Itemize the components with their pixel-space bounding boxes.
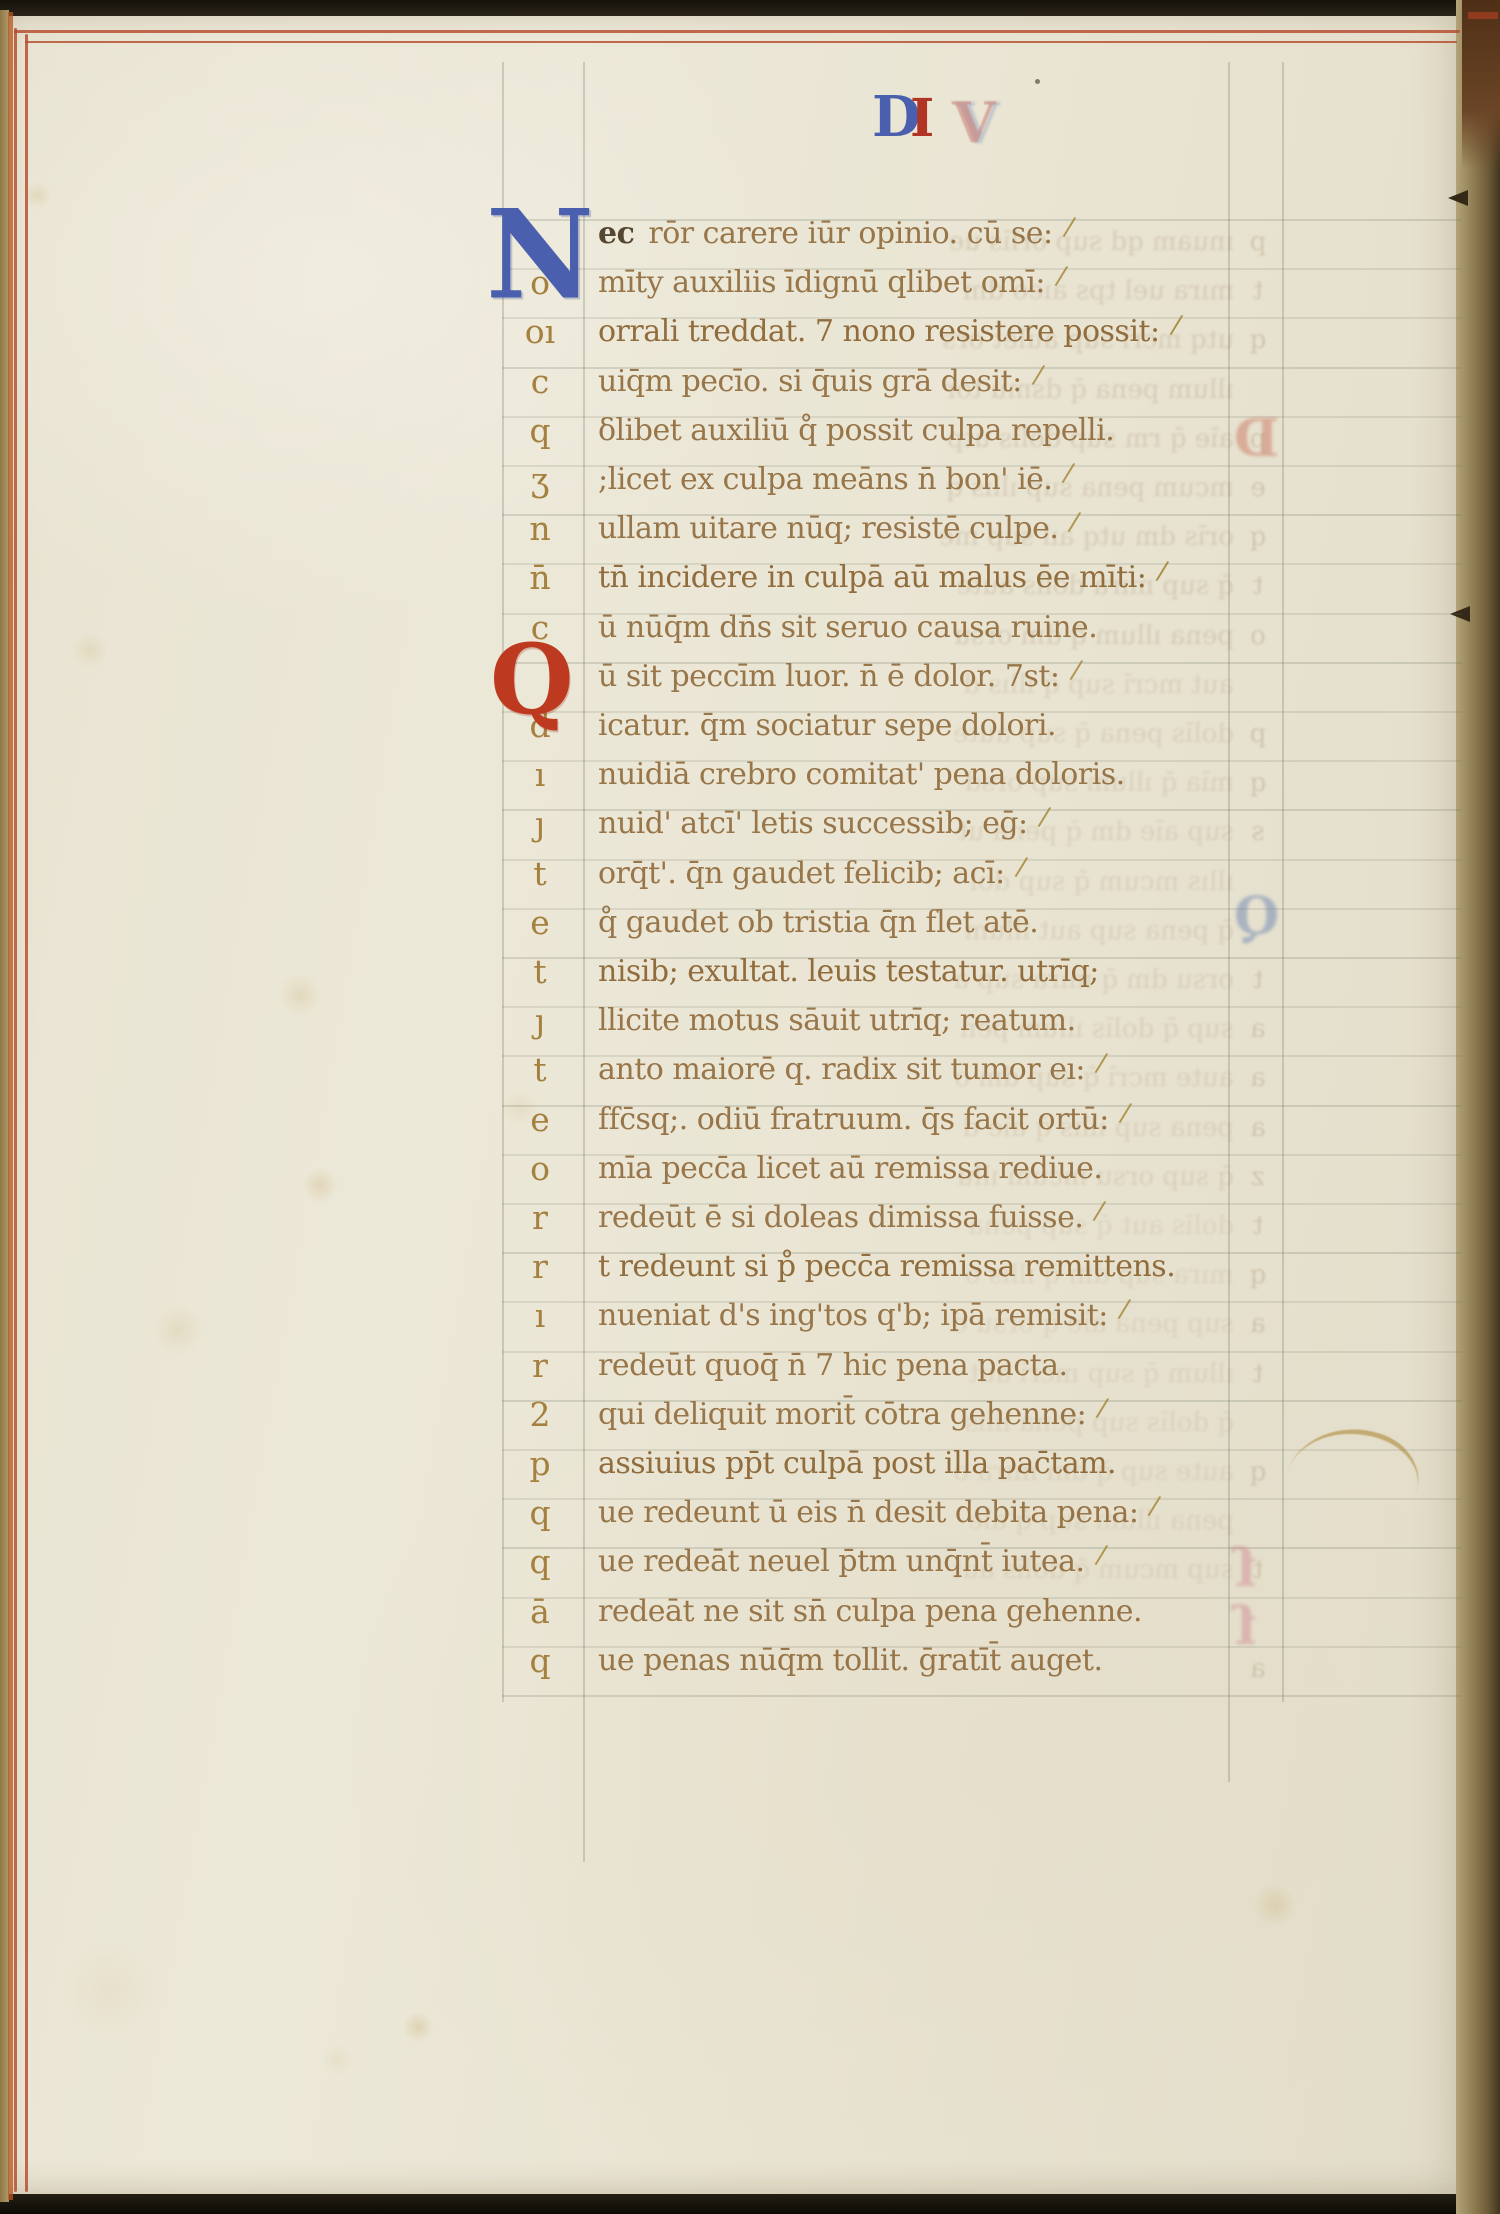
text-line: redeūt ē si doleas dimissa fuisse./ [598, 1193, 1102, 1244]
initial-glyph: r [532, 1346, 548, 1385]
initial-glyph: r [532, 1198, 548, 1237]
line-text-content: ū nūq̄m dn̄s sit seruo causa ruine. [598, 610, 1097, 645]
initial-glyph: q [529, 1542, 550, 1581]
line-initial-letter: c [500, 357, 580, 407]
show-through-initial-glyph: ſ [1234, 1538, 1256, 1599]
line-text-content: tn̄ incidere in culpā aū malus ēe mīti: [598, 560, 1146, 595]
text-line: uiq̄m pecīo. si q̄uis grā desit:/ [598, 357, 1040, 408]
initial-glyph: n [529, 509, 550, 548]
line-text-content: redeūt quoq̄ n̄ 7 hic pena pacta. [598, 1348, 1068, 1383]
show-through-margin-glyph: a [1250, 1654, 1266, 1684]
text-line: ue penas nūq̄m tollit. ḡratīt̄ auget. [598, 1636, 1103, 1686]
line-text-content: icatur. q̄m sociatur sepe dolori. [598, 708, 1056, 743]
show-through-margin-glyph: a [1250, 1063, 1266, 1093]
ink-fleck [1035, 79, 1040, 84]
text-line: mīty auxiliis īdignū qlibet omī:/ [598, 258, 1063, 309]
line-initial-letter: q [500, 1488, 580, 1538]
text-line: icatur. q̄m sociatur sepe dolori. [598, 701, 1056, 751]
text-line: anto maiorē q. radix sit tumor eı:/ [598, 1045, 1103, 1096]
show-through-margin-glyph: p [1250, 227, 1267, 257]
line-initial-letter: ȷ [500, 996, 580, 1046]
text-line: qui deliquit morit̄ cōtra gehenne:/ [598, 1390, 1105, 1441]
drop-cap-Q-glyph: Q [490, 623, 574, 736]
drop-cap-Q: Q [490, 632, 574, 728]
line-text-content: q̊ gaudet ob tristia q̄n flet atē. [598, 905, 1038, 940]
show-through-margin-glyph: t [1253, 571, 1263, 601]
initial-glyph: e [530, 903, 550, 942]
parchment-stain [1253, 1883, 1297, 1927]
ruling-vertical-line [1282, 62, 1284, 1702]
show-through-margin-letter: a [1240, 1654, 1276, 1684]
show-through-margin-glyph: q [1250, 1457, 1267, 1487]
show-through-margin-glyph: o [1250, 621, 1266, 651]
text-line: mīa pecc̄a licet aū remissa rediue. [598, 1144, 1102, 1194]
text-line: orq̄t'. q̄n gaudet felicib; acī:/ [598, 849, 1023, 900]
initial-glyph: ȷ [535, 1001, 545, 1040]
line-text-content: mīty auxiliis īdignū qlibet omī: [598, 265, 1045, 300]
line-text-content: anto maiorē q. radix sit tumor eı: [598, 1052, 1085, 1087]
show-through-margin-glyph: e [1250, 473, 1265, 503]
parchment-stain [24, 181, 52, 209]
show-through-margin-letter: e [1240, 473, 1276, 503]
parchment-stain [500, 1088, 540, 1128]
show-through-margin-letter: a [1240, 1014, 1276, 1044]
show-through-margin-letter: z [1240, 1162, 1276, 1192]
line-initial-letter: ȷ [500, 799, 580, 849]
initial-glyph: q [529, 411, 550, 450]
line-text-content: qui deliquit morit̄ cōtra gehenne: [598, 1397, 1086, 1432]
initial-glyph: ʒ [531, 460, 550, 499]
line-text-content: rōr carere iūr opinio. cū se: [648, 216, 1052, 251]
parchment-stain [152, 1304, 204, 1356]
parchment-stain [302, 1167, 338, 1203]
initial-glyph: t [533, 854, 546, 893]
initial-glyph: t [533, 952, 546, 991]
text-line: ullam uitare nūq; resistē culpe./ [598, 504, 1077, 555]
line-initial-letter: r [500, 1341, 580, 1391]
initial-glyph: 2 [530, 1395, 551, 1434]
line-initial-letter: t [500, 849, 580, 899]
show-through-colored-initial: D [1234, 408, 1279, 469]
line-initial-letter: e [500, 898, 580, 948]
running-header-letter: V [952, 90, 996, 156]
line-text-content: t redeunt si p̊ pecc̄a remissa remittens… [598, 1249, 1175, 1284]
text-line: nuid' atcī' letis successib; eḡ:/ [598, 799, 1046, 850]
line-text-content: ue penas nūq̄m tollit. ḡratīt̄ auget. [598, 1643, 1103, 1678]
show-through-margin-letter: a [1240, 1113, 1276, 1143]
line-text-content: ue redeunt ū eis n̄ desit debita pena: [598, 1495, 1138, 1530]
text-line: δlibet auxiliū q̊ possit culpa repelli. [598, 406, 1114, 456]
show-through-margin-letter: t [1240, 571, 1276, 601]
text-line: ecrōr carere iūr opinio. cū se:/ [598, 209, 1071, 260]
show-through-margin-glyph: q [1250, 325, 1267, 355]
line-initial-letter: ā [500, 1587, 580, 1637]
initial-glyph: p [529, 1444, 550, 1483]
line-dark-prefix: ec [598, 216, 634, 251]
show-through-margin-glyph: a [1250, 1113, 1266, 1143]
text-line: q̊ gaudet ob tristia q̄n flet atē. [598, 898, 1038, 948]
initial-glyph: t [533, 1050, 546, 1089]
line-text-content: orrali treddat. 7 nono resistere possit: [598, 314, 1160, 349]
show-through-colored-initial: ſ [1234, 1538, 1256, 1599]
line-text-content: assiuius pp̄t culpā post illa pac̄tam. [598, 1446, 1116, 1481]
line-text-content: mīa pecc̄a licet aū remissa rediue. [598, 1151, 1102, 1186]
line-text-content: orq̄t'. q̄n gaudet felicib; acī: [598, 856, 1005, 891]
red-border-vertical-outer [14, 28, 17, 2192]
line-initial-letter: q [500, 1636, 580, 1686]
text-line: ue redeāt neuel p̄tm unq̄nt̄ iutea./ [598, 1537, 1103, 1588]
page-content-layer: DIVınuam qd sup orlīs uemıra uel tps aıe… [0, 0, 1500, 2214]
show-through-initial-glyph: ſ [1234, 1596, 1256, 1657]
line-text-content: δlibet auxiliū q̊ possit culpa repelli. [598, 413, 1114, 448]
line-text-content: nuidiā crebro comitat' pena doloris. [598, 757, 1125, 792]
manuscript-photo: DIVınuam qd sup orlīs uemıra uel tps aıe… [0, 0, 1500, 2214]
show-through-margin-glyph: t [1253, 276, 1263, 306]
show-through-margin-glyph: q [1250, 768, 1267, 798]
line-initial-letter: q [500, 406, 580, 456]
ruling-vertical-line [583, 62, 585, 1862]
show-through-margin-letter: q [1240, 325, 1276, 355]
show-through-margin-glyph: a [1250, 1014, 1266, 1044]
line-text-content: nueniat d's ing'tos q'b; ipā remisit: [598, 1298, 1108, 1333]
show-through-margin-letter: q [1240, 522, 1276, 552]
text-line: nisib; exultat. leuis testatur. utrīq; [598, 947, 1099, 997]
text-line: nueniat d's ing'tos q'b; ipā remisit:/ [598, 1291, 1126, 1342]
line-text-content: nuid' atcī' letis successib; eḡ: [598, 806, 1028, 841]
initial-glyph: o [530, 1149, 550, 1188]
line-initial-letter: o [500, 1144, 580, 1194]
show-through-margin-glyph: a [1250, 1309, 1266, 1339]
show-through-colored-initial: ſ [1234, 1596, 1256, 1657]
marginal-pen-trial [1284, 1410, 1431, 1522]
text-line: ue redeunt ū eis n̄ desit debita pena:/ [598, 1488, 1157, 1539]
line-initial-letter: t [500, 947, 580, 997]
line-text-content: ;licet ex culpa meāns n̄ bon' iē. [598, 462, 1052, 497]
line-text-content: llicite motus sāuit utrīq; reatum. [598, 1003, 1076, 1038]
show-through-margin-glyph: q [1250, 1260, 1267, 1290]
show-through-margin-letter: t [1240, 965, 1276, 995]
line-text-content: ffc̄sq;. odiū fratruum. q̄s facit ortū: [598, 1102, 1109, 1137]
initial-glyph: c [531, 362, 549, 401]
text-line: ;licet ex culpa meāns n̄ bon' iē./ [598, 455, 1071, 506]
show-through-margin-letter: p [1240, 227, 1276, 257]
initial-glyph: ā [530, 1592, 550, 1631]
line-initial-letter: ı [500, 750, 580, 800]
line-text-content: nisib; exultat. leuis testatur. utrīq; [598, 954, 1099, 989]
show-through-margin-letter: t [1240, 1211, 1276, 1241]
drop-cap-N: N [486, 194, 594, 317]
line-text-content: uiq̄m pecīo. si q̄uis grā desit: [598, 364, 1022, 399]
parchment-stain [278, 973, 322, 1017]
text-line: ffc̄sq;. odiū fratruum. q̄s facit ortū:/ [598, 1095, 1127, 1146]
text-line: ū sit peccīm luor. n̄ ē dolor. 7st:/ [598, 652, 1078, 703]
running-header: DIV [860, 78, 1100, 148]
line-text-content: ue redeāt neuel p̄tm unq̄nt̄ iutea. [598, 1544, 1085, 1579]
parchment-stain [62, 1942, 158, 2038]
line-initial-letter: ʒ [500, 455, 580, 505]
line-text-content: ū sit peccīm luor. n̄ ē dolor. 7st: [598, 659, 1060, 694]
show-through-margin-glyph: t [1253, 1211, 1263, 1241]
text-line: assiuius pp̄t culpā post illa pac̄tam. [598, 1439, 1116, 1489]
line-text-content: redeāt ne sit sn̄ culpa pena gehenne. [598, 1594, 1142, 1629]
text-line: llicite motus sāuit utrīq; reatum. [598, 996, 1076, 1046]
line-initial-letter: p [500, 1439, 580, 1489]
line-initial-letter: n [500, 504, 580, 554]
show-through-margin-letter: q [1240, 1260, 1276, 1290]
show-through-margin-letter: q [1240, 768, 1276, 798]
initial-glyph: ı [535, 755, 546, 794]
show-through-margin-letter: o [1240, 621, 1276, 651]
show-through-margin-letter: s [1240, 817, 1276, 847]
red-border-horizontal-outer [14, 30, 1460, 33]
show-through-margin-letter: t [1240, 276, 1276, 306]
initial-glyph: ı [535, 1296, 546, 1335]
show-through-margin-glyph: z [1251, 1162, 1265, 1192]
parchment-stain [72, 632, 108, 668]
line-text-content: ullam uitare nūq; resistē culpe. [598, 511, 1058, 546]
initial-glyph: ȷ [535, 804, 545, 843]
show-through-margin-glyph: q [1250, 522, 1267, 552]
line-initial-letter: r [500, 1193, 580, 1243]
red-border-horizontal-inner [25, 41, 1457, 43]
show-through-margin-letter: a [1240, 1309, 1276, 1339]
ruling-horizontal-line [502, 1695, 1462, 1697]
text-line: ū nūq̄m dn̄s sit seruo causa ruine. [598, 603, 1097, 653]
show-through-margin-letter: q [1240, 1457, 1276, 1487]
line-initial-letter: 2 [500, 1390, 580, 1440]
show-through-margin-letter: t [1240, 1359, 1276, 1389]
text-line: tn̄ incidere in culpā aū malus ēe mīti:/ [598, 553, 1165, 604]
running-header-letter: I [910, 88, 935, 149]
drop-cap-N-glyph: N [486, 182, 594, 327]
show-through-initial-glyph: D [1234, 408, 1279, 469]
show-through-margin-glyph: s [1251, 817, 1264, 847]
show-through-margin-glyph: t [1253, 1359, 1263, 1389]
show-through-margin-letter: a [1240, 1063, 1276, 1093]
parchment-stain [402, 2011, 434, 2043]
line-initial-letter: q [500, 1537, 580, 1587]
line-initial-letter: r [500, 1242, 580, 1292]
show-through-margin-letter: p [1240, 719, 1276, 749]
show-through-margin-glyph: p [1250, 719, 1267, 749]
initial-glyph: r [532, 1247, 548, 1286]
text-line: redeūt quoq̄ n̄ 7 hic pena pacta. [598, 1341, 1068, 1391]
initial-glyph: q [529, 1493, 550, 1532]
line-initial-letter: ı [500, 1291, 580, 1341]
show-through-margin-glyph: t [1253, 965, 1263, 995]
show-through-colored-initial: Q [1234, 886, 1279, 947]
initial-glyph: n̄ [529, 558, 550, 597]
parchment-stain [322, 2044, 354, 2076]
show-through-initial-glyph: Q [1234, 886, 1279, 947]
red-border-vertical-inner [25, 34, 28, 2192]
text-line: orrali treddat. 7 nono resistere possit:… [598, 307, 1178, 358]
line-initial-letter: t [500, 1045, 580, 1095]
line-text-content: redeūt ē si doleas dimissa fuisse. [598, 1200, 1083, 1235]
line-initial-letter: n̄ [500, 553, 580, 603]
initial-glyph: q [529, 1641, 550, 1680]
text-line: t redeunt si p̊ pecc̄a remissa remittens… [598, 1242, 1175, 1292]
text-line: redeāt ne sit sn̄ culpa pena gehenne. [598, 1587, 1142, 1637]
